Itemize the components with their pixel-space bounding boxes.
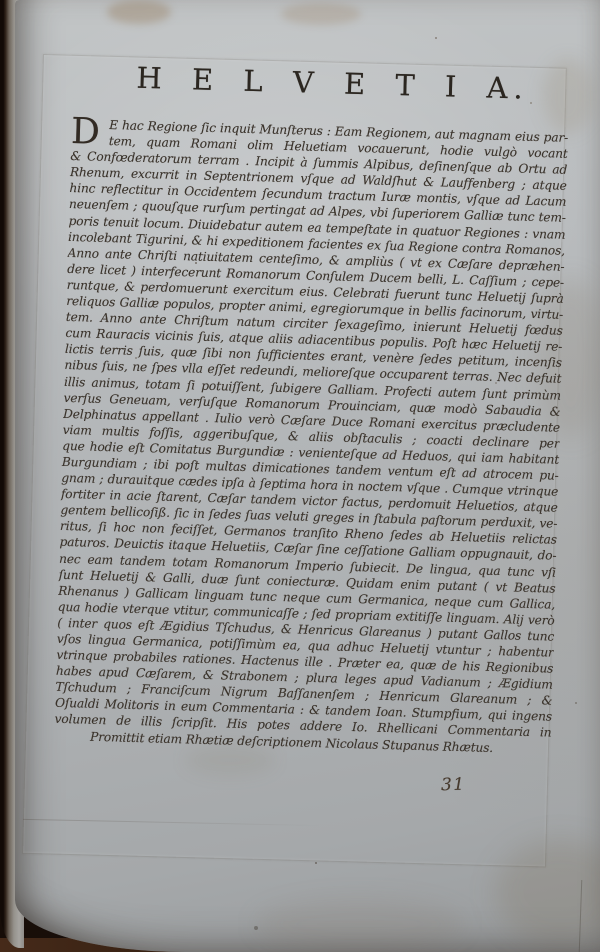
foxing-stain <box>107 0 171 24</box>
text-block: D E hac Regione ſic inquit Munſterus : E… <box>54 116 568 757</box>
drop-cap: D <box>71 117 108 148</box>
page-content: H E L V E T I A. D E hac Regione ſic inq… <box>52 62 573 836</box>
folio-number: 31 <box>441 775 466 796</box>
photo-background: H E L V E T I A. D E hac Regione ſic inq… <box>0 0 600 952</box>
book-page: H E L V E T I A. D E hac Regione ſic inq… <box>15 0 600 952</box>
body-text: E hac Regione ſic inquit Munſterus : Eam… <box>54 116 568 741</box>
foxing-stain <box>281 3 361 25</box>
foxing-stain <box>255 898 465 950</box>
